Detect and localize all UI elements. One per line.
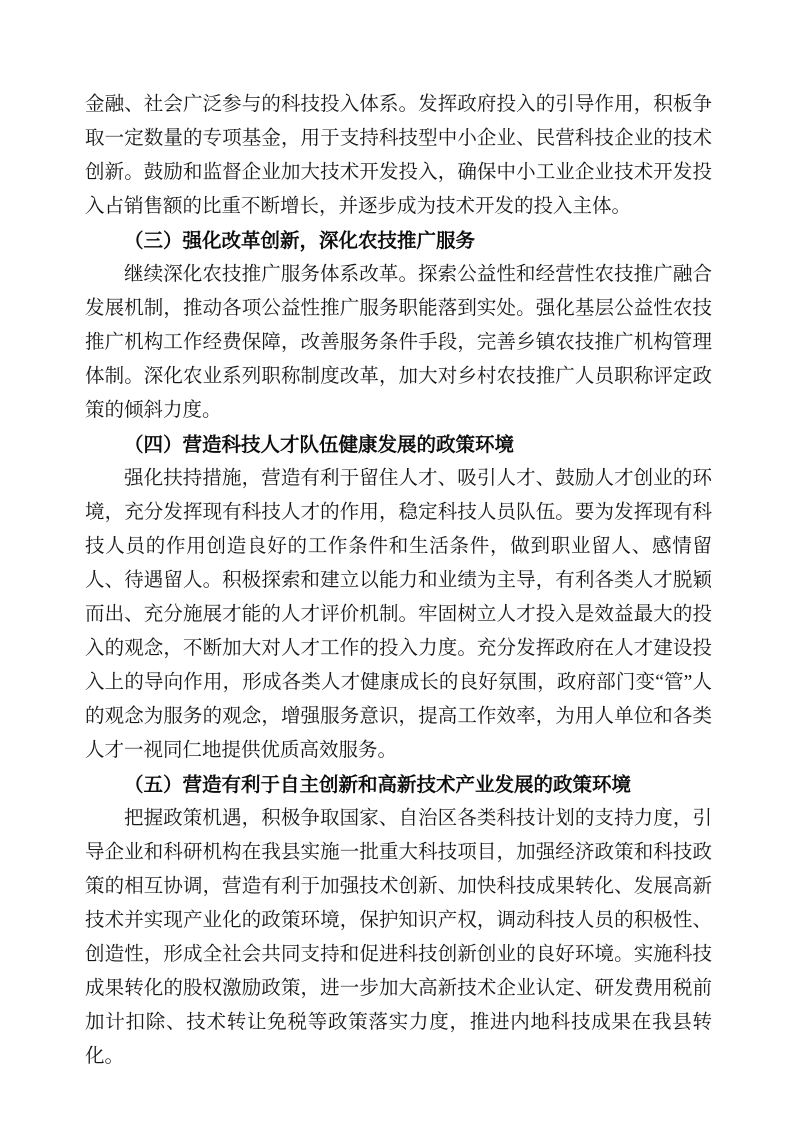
paragraph-policy-opportunity-hightech: 把握政策机遇，积极争取国家、自治区各类科技计划的支持力度，引导企业和科研机构在我…	[85, 802, 712, 1074]
paragraph-talent-support-measures: 强化扶持措施，营造有利于留住人才、吸引人才、鼓励人才创业的环境，充分发挥现有科技…	[85, 462, 712, 768]
section-heading-3-agri-tech-extension: （三）强化改革创新，深化农技推广服务	[85, 224, 712, 258]
document-page: 金融、社会广泛参与的科技投入体系。发挥政府投入的引导作用，积板争取一定数量的专项…	[0, 0, 793, 1122]
paragraph-agri-tech-extension-reform: 继续深化农技推广服务体系改革。探索公益性和经营性农技推广融合发展机制，推动各项公…	[85, 258, 712, 428]
document-content: 金融、社会广泛参与的科技投入体系。发挥政府投入的引导作用，积板争取一定数量的专项…	[85, 88, 712, 1074]
paragraph-continued-tech-investment: 金融、社会广泛参与的科技投入体系。发挥政府投入的引导作用，积板争取一定数量的专项…	[85, 88, 712, 224]
section-heading-5-innovation-hightech-policy: （五）营造有利于自主创新和高新技术产业发展的政策环境	[85, 768, 712, 802]
section-heading-4-talent-policy-environment: （四）营造科技人才队伍健康发展的政策环境	[85, 428, 712, 462]
